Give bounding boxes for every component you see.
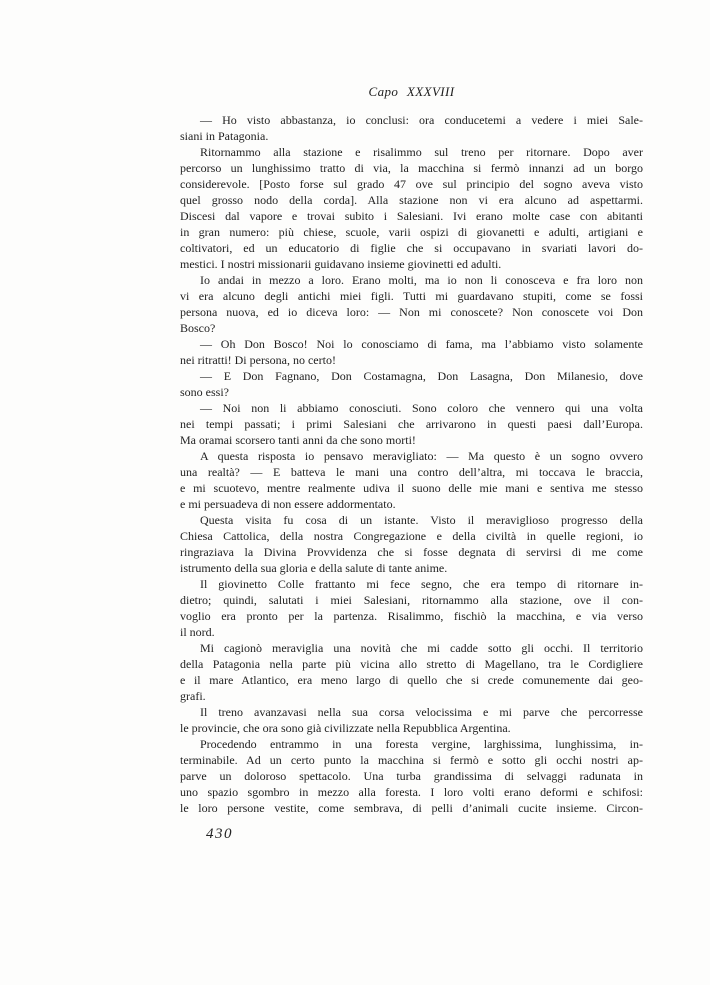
text-line: nei ritratti! Di persona, no certo! [180,352,643,368]
text-line: coltivatori, ed un educatorio di figlie … [180,240,643,256]
text-line: mestici. I nostri missionarii guidavano … [180,256,643,272]
text-line: parve un doloroso spettacolo. Una turba … [180,768,643,784]
text-line: Ma oramai scorsero tanti anni da che son… [180,432,643,448]
text-line: A questa risposta io pensavo meravigliat… [180,448,643,464]
text-line: — E Don Fagnano, Don Costamagna, Don Las… [180,368,643,384]
text-line: ringraziava la Divina Provvidenza che si… [180,544,643,560]
text-line: considerevole. [Posto forse sul grado 47… [180,176,643,192]
text-line: Io andai in mezzo a loro. Erano molti, m… [180,272,643,288]
text-line: Discesi dal vapore e trovai subito i Sal… [180,208,643,224]
text-line: — Noi non li abbiamo conosciuti. Sono co… [180,400,643,416]
body-text: — Ho visto abbastanza, io conclusi: ora … [180,112,643,816]
text-line: percorso un lunghissimo tratto di via, l… [180,160,643,176]
text-line: Ritornammo alla stazione e risalimmo sul… [180,144,643,160]
page-number: 430 [206,826,233,843]
text-line: voglio era pronto per la partenza. Risal… [180,608,643,624]
text-line: quel grosso nodo della corda]. Alla staz… [180,192,643,208]
text-line: Mi cagionò meraviglia una novità che mi … [180,640,643,656]
text-line: Bosco? [180,320,643,336]
text-line: vi era alcuno degli antichi miei figli. … [180,288,643,304]
text-line: — Ho visto abbastanza, io conclusi: ora … [180,112,643,128]
text-line: persona nuova, ed io diceva loro: — Non … [180,304,643,320]
text-line: le loro persone vestite, come sembrava, … [180,800,643,816]
text-line: grafi. [180,688,643,704]
text-line: e il mare Atlantico, era meno largo di q… [180,672,643,688]
text-line: le provincie, che ora sono già civilizza… [180,720,643,736]
text-line: Il giovinetto Colle frattanto mi fece se… [180,576,643,592]
text-line: nei tempi passati; i primi Salesiani che… [180,416,643,432]
text-line: una realtà? — E batteva le mani una cont… [180,464,643,480]
text-line: Procedendo entrammo in una foresta vergi… [180,736,643,752]
chapter-header: Capo XXXVIII [180,84,643,100]
text-line: terminabile. Ad un certo punto la macchi… [180,752,643,768]
text-line: Questa visita fu cosa di un istante. Vis… [180,512,643,528]
text-line: — Oh Don Bosco! Noi lo conosciamo di fam… [180,336,643,352]
text-line: il nord. [180,624,643,640]
text-line: della Patagonia nella parte più vicina a… [180,656,643,672]
book-page: Capo XXXVIII — Ho visto abbastanza, io c… [0,0,710,985]
text-line: istrumento della sua gloria e della salu… [180,560,643,576]
text-line: e mi scuotevo, mentre realmente udiva il… [180,480,643,496]
text-line: Il treno avanzavasi nella sua corsa velo… [180,704,643,720]
text-line: e mi persuadeva di non essere addormenta… [180,496,643,512]
text-line: uno spazio sgombro in mezzo alla foresta… [180,784,643,800]
text-line: dietro; quindi, salutati i miei Salesian… [180,592,643,608]
text-line: Chiesa Cattolica, della nostra Congregaz… [180,528,643,544]
text-line: siani in Patagonia. [180,128,643,144]
text-line: sono essi? [180,384,643,400]
text-line: in gran numero: più chiese, scuole, vari… [180,224,643,240]
